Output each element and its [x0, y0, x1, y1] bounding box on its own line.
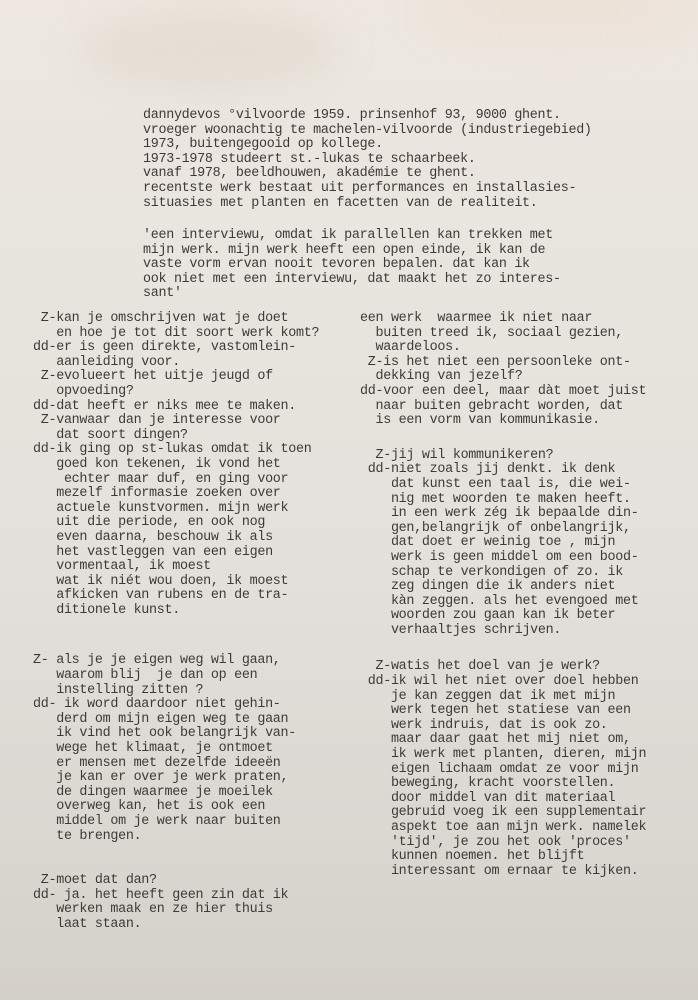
text-line: Z-kan je omschrijven wat je doet	[33, 312, 319, 327]
text-line: het vastleggen van een eigen	[33, 546, 319, 561]
text-line: schap te verkondigen of zo. ik	[360, 566, 646, 581]
text-line: gebruid voeg ik een supplementair	[360, 806, 646, 821]
text-line: even daarna, beschouw ik als	[33, 531, 319, 546]
text-line: vanaf 1978, beeldhouwen, akadémie te ghe…	[143, 167, 592, 182]
text-line: verhaaltjes schrijven.	[360, 624, 646, 639]
text-line: instelling zitten ?	[33, 684, 319, 699]
text-line: vaste vorm ervan nooit tevoren bepalen. …	[143, 258, 561, 273]
text-line: afkicken van rubens en de tra-	[33, 589, 319, 604]
text-line: vormentaal, ik moest	[33, 560, 319, 575]
text-line: mijn werk. mijn werk heeft een open eind…	[143, 244, 561, 259]
text-line: wat ik niét wou doen, ik moest	[33, 575, 319, 590]
text-line: dd- ik word daardoor niet gehin-	[33, 698, 319, 713]
text-line: eigen lichaam omdat ze voor mijn	[360, 763, 646, 778]
text-line: waardeloos.	[360, 341, 646, 356]
text-line: 'een interviewu, omdat ik parallellen ka…	[143, 229, 561, 244]
text-line: Z-moet dat dan?	[33, 874, 319, 889]
text-line: sant'	[143, 287, 561, 302]
text-line: dat kunst een taal is, die wei-	[360, 478, 646, 493]
interview-right-column: een werk waarmee ik niet naar buiten tre…	[360, 312, 646, 879]
text-line: en hoe je tot dit soort werk komt?	[33, 327, 319, 342]
text-line: Z- als je je eigen weg wil gaan,	[33, 654, 319, 669]
text-line: zeg dingen die ik anders niet	[360, 580, 646, 595]
paper-stain	[420, 0, 698, 40]
text-line: gen,belangrijk of onbelangrijk,	[360, 522, 646, 537]
text-line: overweg kan, het is ook een	[33, 800, 319, 815]
text-line: dat soort dingen?	[33, 429, 319, 444]
text-line: Z-watis het doel van je werk?	[360, 660, 646, 675]
text-line: middel om je werk naar buiten	[33, 815, 319, 830]
text-line: Z-jij wil kommunikeren?	[360, 449, 646, 464]
text-line: aanleiding voor.	[33, 356, 319, 371]
text-line: ik vind het ook belangrijk van-	[33, 727, 319, 742]
text-line: ditionele kunst.	[33, 604, 319, 619]
text-line: door middel van dit materiaal	[360, 792, 646, 807]
text-line: ook niet met een interviewu, dat maakt h…	[143, 273, 561, 288]
text-line: dekking van jezelf?	[360, 370, 646, 385]
text-line: dannydevos °vilvoorde 1959. prinsenhof 9…	[143, 109, 592, 124]
text-line: uit die periode, en ook nog	[33, 516, 319, 531]
text-line: je kan zeggen dat ik met mijn	[360, 690, 646, 705]
text-line: maar daar gaat het mij niet om,	[360, 733, 646, 748]
text-line: opvoeding?	[33, 385, 319, 400]
artist-quote: 'een interviewu, omdat ik parallellen ka…	[143, 229, 561, 302]
text-line: ik werk met planten, dieren, mijn	[360, 748, 646, 763]
text-line: dd-ik ging op st-lukas omdat ik toen	[33, 443, 319, 458]
paragraph-gap	[360, 638, 646, 660]
text-line: 1973-1978 studeert st.-lukas te schaarbe…	[143, 153, 592, 168]
text-line: je kan er over je werk praten,	[33, 771, 319, 786]
text-line: werk tegen het statiese van een	[360, 704, 646, 719]
text-line: te brengen.	[33, 830, 319, 845]
text-line: laat staan.	[33, 918, 319, 933]
text-line: beweging, kracht voorstellen.	[360, 777, 646, 792]
text-line: dd-voor een deel, maar dàt moet juist	[360, 385, 646, 400]
interview-left-column: Z-kan je omschrijven wat je doet en hoe …	[33, 312, 319, 933]
text-line: aspekt toe aan mijn werk. namelek	[360, 821, 646, 836]
text-line: dd-niet zoals jij denkt. ik denk	[360, 463, 646, 478]
text-line: mezelf informasie zoeken over	[33, 487, 319, 502]
text-line: 1973, buitengegooid op kollege.	[143, 138, 592, 153]
text-line: werk indruis, dat is ook zo.	[360, 719, 646, 734]
text-line: een werk waarmee ik niet naar	[360, 312, 646, 327]
text-line: in een werk zég ik bepaalde din-	[360, 507, 646, 522]
text-line: dd-dat heeft er niks mee te maken.	[33, 400, 319, 415]
text-line: kunnen noemen. het blijft	[360, 850, 646, 865]
text-line: 'tijd', je zou het ook 'proces'	[360, 836, 646, 851]
text-line: kàn zeggen. als het evengoed met	[360, 595, 646, 610]
text-line: actuele kunstvormen. mijn werk	[33, 502, 319, 517]
text-line: wege het klimaat, je ontmoet	[33, 742, 319, 757]
text-line: Z-vanwaar dan je interesse voor	[33, 414, 319, 429]
text-line: interessant om ernaar te kijken.	[360, 865, 646, 880]
artist-bio: dannydevos °vilvoorde 1959. prinsenhof 9…	[143, 109, 592, 211]
text-line: buiten treed ik, sociaal gezien,	[360, 327, 646, 342]
text-line: derd om mijn eigen weg te gaan	[33, 713, 319, 728]
text-line: goed kon tekenen, ik vond het	[33, 458, 319, 473]
text-line: Z-is het niet een persoonleke ont-	[360, 356, 646, 371]
text-line: dat doet er weinig toe , mijn	[360, 536, 646, 551]
text-line: Z-evolueert het uitje jeugd of	[33, 370, 319, 385]
text-line: woorden zou gaan kan ik beter	[360, 609, 646, 624]
text-line: naar buiten gebracht worden, dat	[360, 400, 646, 415]
text-line: is een vorm van kommunikasie.	[360, 414, 646, 429]
text-line: dd- ja. het heeft geen zin dat ik	[33, 889, 319, 904]
text-line: werken maak en ze hier thuis	[33, 903, 319, 918]
paragraph-gap	[33, 618, 319, 654]
text-line: nig met woorden te maken heeft.	[360, 493, 646, 508]
text-line: er mensen met dezelfde ideeën	[33, 757, 319, 772]
text-line: vroeger woonachtig te machelen-vilvoorde…	[143, 124, 592, 139]
text-line: werk is geen middel om een bood-	[360, 551, 646, 566]
paragraph-gap	[33, 844, 319, 874]
text-line: dd-er is geen direkte, vastomlein-	[33, 341, 319, 356]
text-line: echter maar duf, en ging voor	[33, 473, 319, 488]
paragraph-gap	[360, 429, 646, 449]
text-line: waarom blij je dan op een	[33, 669, 319, 684]
text-line: de dingen waarmee je moeilek	[33, 786, 319, 801]
text-line: situasies met planten en facetten van de…	[143, 197, 592, 212]
text-line: dd-ik wil het niet over doel hebben	[360, 675, 646, 690]
text-line: recentste werk bestaat uit performances …	[143, 182, 592, 197]
paper-stain	[80, 10, 340, 90]
